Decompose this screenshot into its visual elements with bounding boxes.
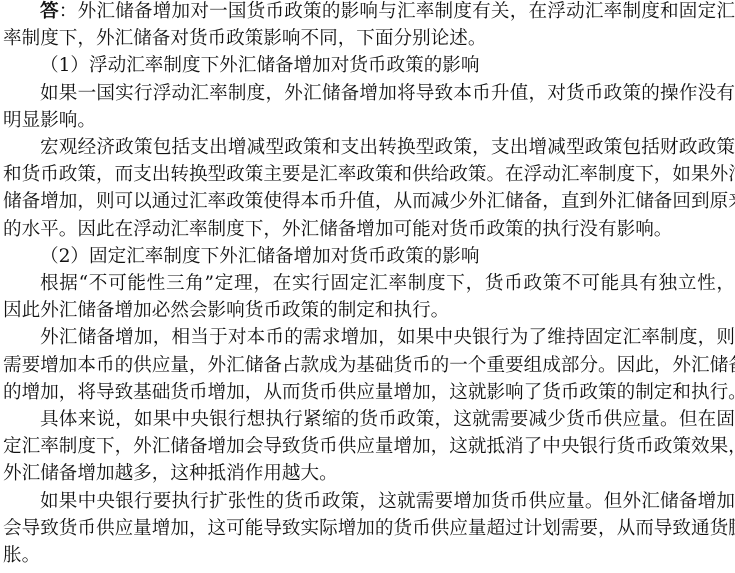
text-line: 答：外汇储备增加对一国货币政策的影响与汇率制度有关，在浮动汇率制度和固定汇 (40, 0, 735, 28)
text-line: 因此外汇储备增加必然会影响货币政策的制定和执行。 (3, 299, 735, 327)
text-line: 如果一国实行浮动汇率制度，外汇储备增加将导致本币升值，对货币政策的操作没有 (40, 82, 735, 110)
text-line: 的增加，将导致基础货币增加，从而货币供应量增加，这就影响了货币政策的制定和执行。 (3, 381, 735, 409)
text-line: 需要增加本币的供应量，外汇储备占款成为基础货币的一个重要组成部分。因此，外汇储备 (3, 354, 735, 382)
section-heading-floating: （1）浮动汇率制度下外汇储备增加对货币政策的影响 (40, 54, 735, 82)
text-line: 定汇率制度下，外汇储备增加会导致货币供应量增加，这就抵消了中央银行货币政策效果， (3, 435, 735, 463)
text-line: 的水平。因此在浮动汇率制度下，外汇储备增加可能对货币政策的执行没有影响。 (3, 218, 735, 246)
text-line: 外汇储备增加越多，这种抵消作用越大。 (3, 462, 735, 490)
text-line: 根据“不可能性三角”定理，在实行固定汇率制度下，货币政策不可能具有独立性， (40, 272, 735, 300)
answer-label: 答 (40, 1, 59, 22)
text-line: 储备增加，则可以通过汇率政策使得本币升值，从而减少外汇储备，直到外汇储备回到原来 (3, 190, 735, 218)
text-line: 胀。 (3, 544, 735, 572)
text-line: 具体来说，如果中央银行想执行紧缩的货币政策，这就需要减少货币供应量。但在固 (40, 408, 735, 436)
text-line: 如果中央银行要执行扩张性的货币政策，这就需要增加货币供应量。但外汇储备增加 (40, 490, 735, 518)
line-text: ：外汇储备增加对一国货币政策的影响与汇率制度有关，在浮动汇率制度和固定汇 (59, 1, 735, 22)
text-line: 宏观经济政策包括支出增减型政策和支出转换型政策，支出增减型政策包括财政政策 (40, 136, 735, 164)
text-line: 外汇储备增加，相当于对本币的需求增加，如果中央银行为了维持固定汇率制度，则 (40, 326, 735, 354)
section-heading-fixed: （2）固定汇率制度下外汇储备增加对货币政策的影响 (40, 245, 735, 273)
text-line: 率制度下，外汇储备对货币政策影响不同，下面分别论述。 (3, 27, 735, 55)
text-line: 和货币政策，而支出转换型政策主要是汇率政策和供给政策。在浮动汇率制度下，如果外汇 (3, 163, 735, 191)
document-page: 答：外汇储备增加对一国货币政策的影响与汇率制度有关，在浮动汇率制度和固定汇 率制… (0, 0, 735, 573)
text-line: 会导致货币供应量增加，这可能导致实际增加的货币供应量超过计划需要，从而导致通货膨 (3, 517, 735, 545)
text-line: 明显影响。 (3, 109, 735, 137)
